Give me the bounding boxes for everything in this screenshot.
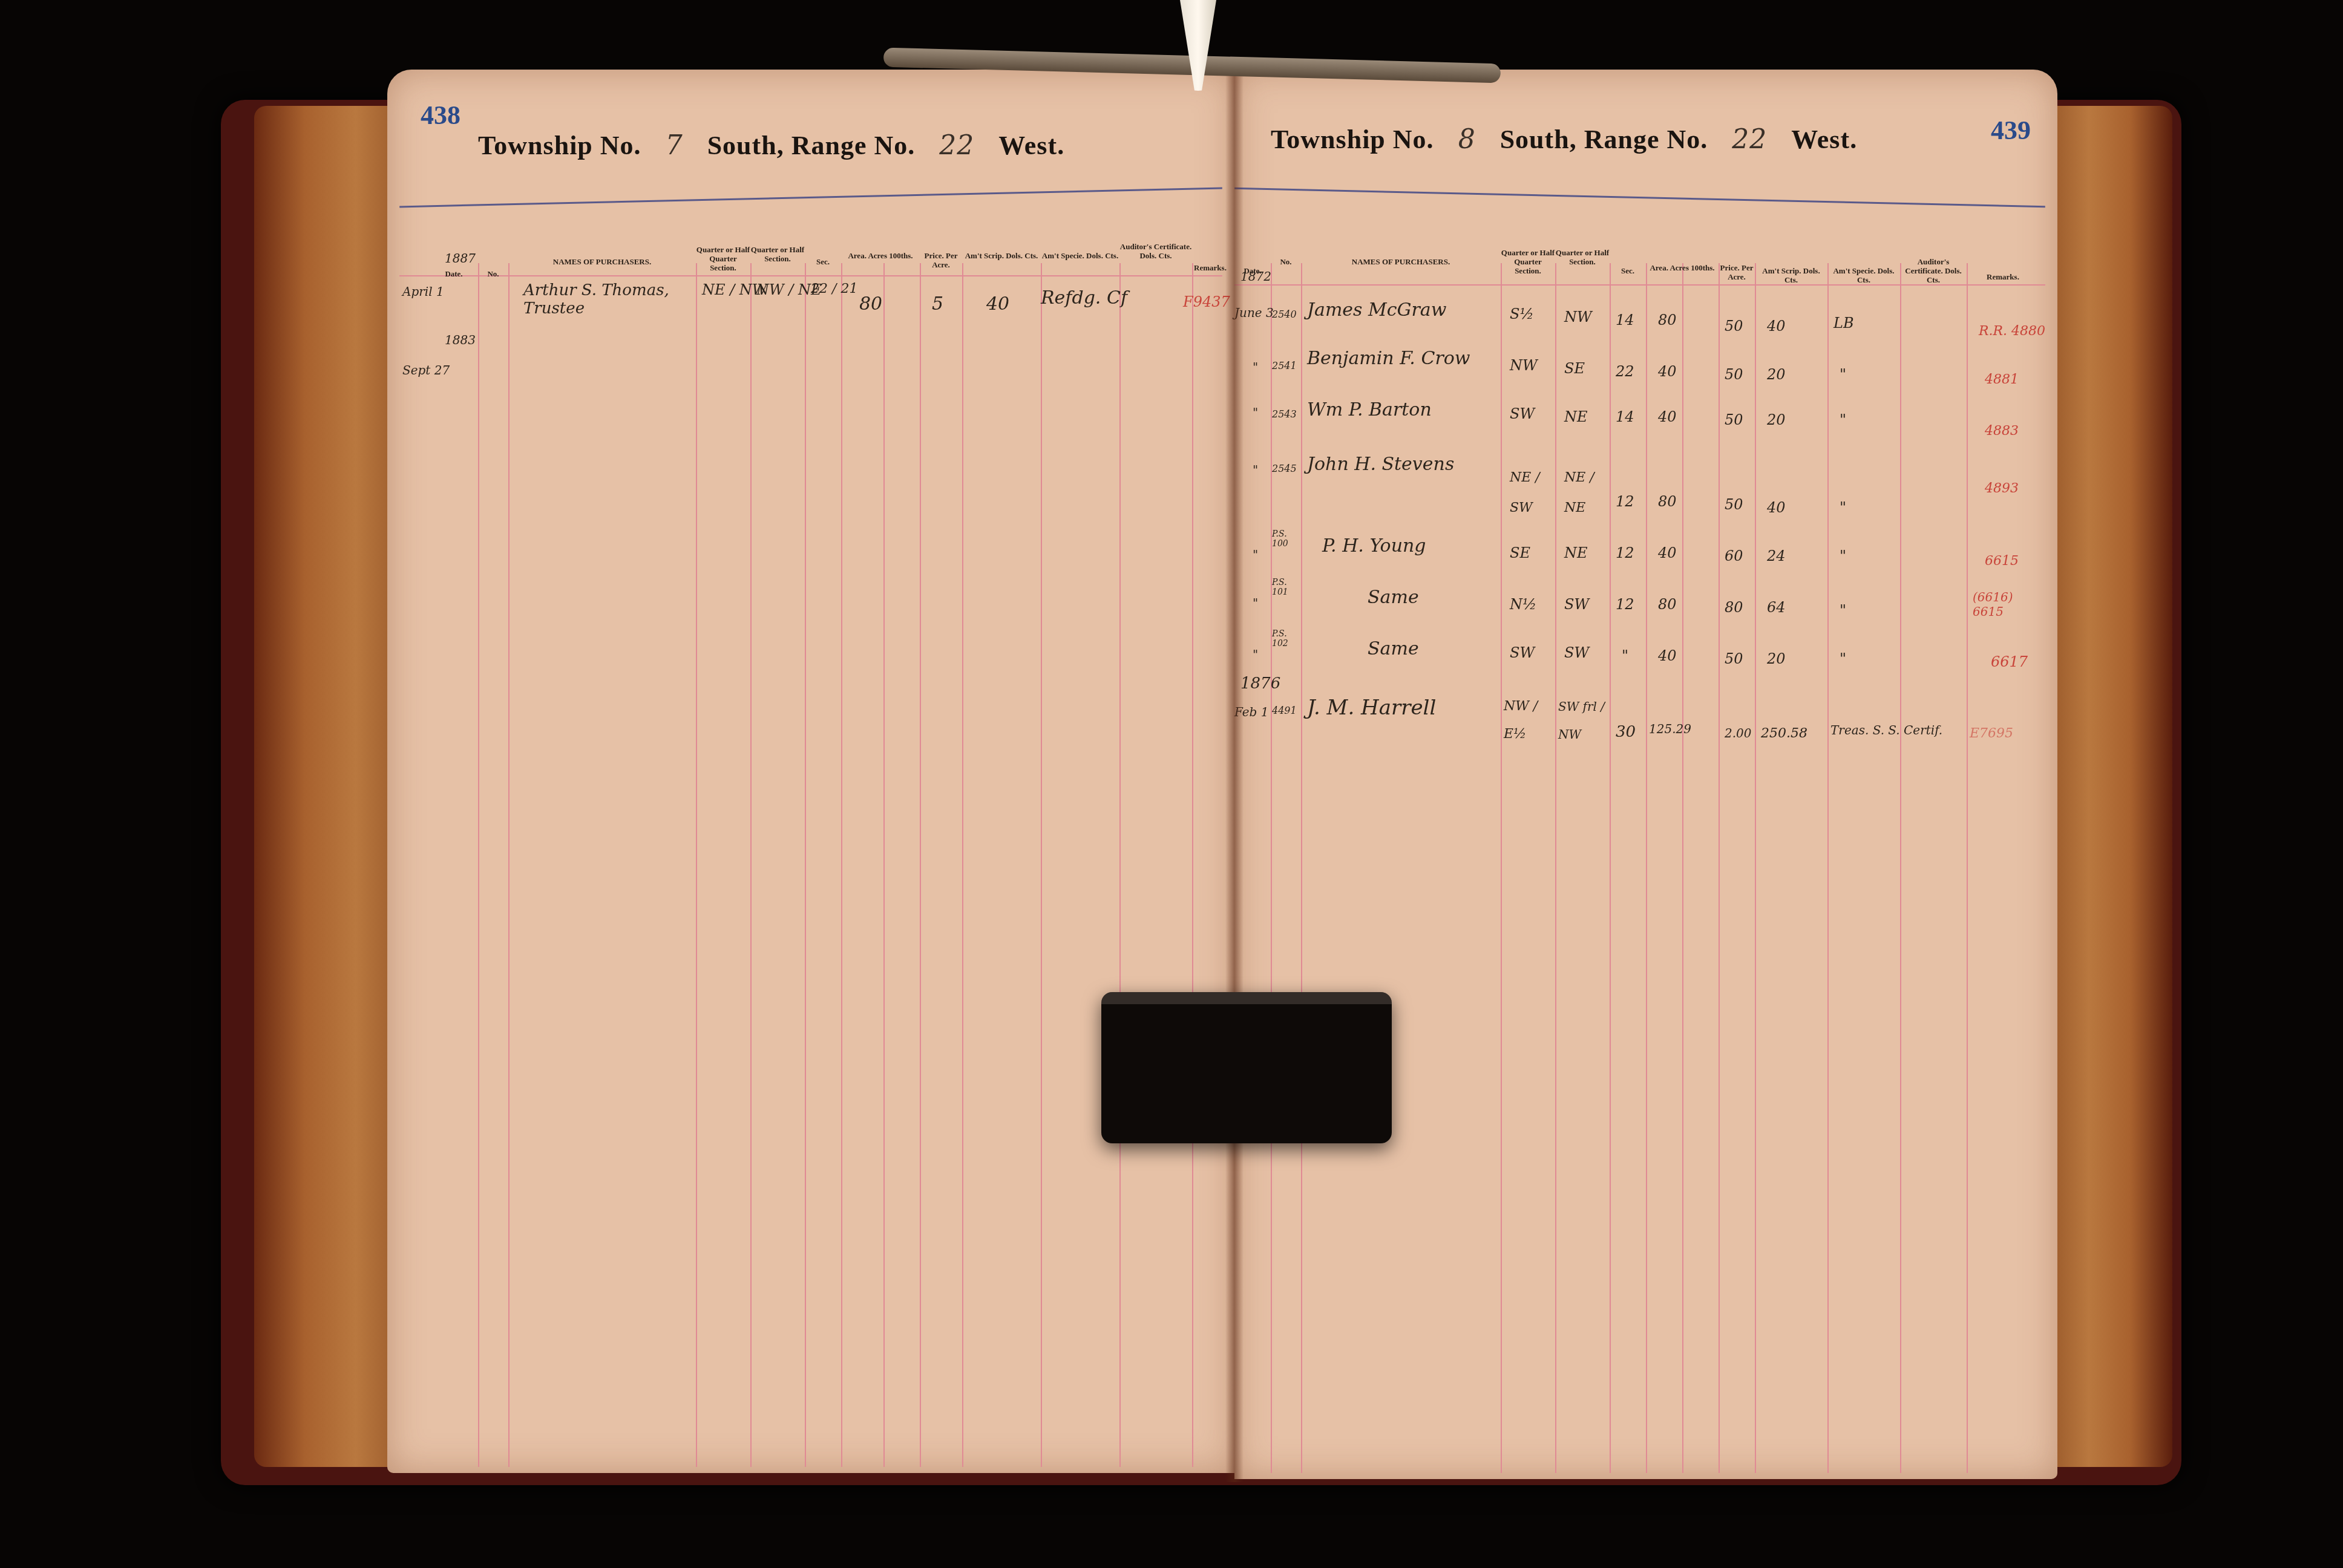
page-number: 438	[421, 100, 460, 131]
title-mid: South, Range No.	[1500, 125, 1708, 154]
column-rule	[1755, 263, 1756, 1473]
entry-area: 80	[1658, 312, 1677, 328]
book-weight	[1101, 992, 1392, 1143]
header-quarter-half: Quarter or Half Section.	[1555, 248, 1610, 266]
header-rule	[399, 275, 1222, 276]
page-number: 439	[1991, 115, 2031, 146]
entry-price: 60	[1725, 547, 1743, 564]
entry-price: 50	[1725, 650, 1743, 667]
entry-qhq: SW	[1510, 405, 1535, 422]
entry-scrip: 40	[1767, 499, 1786, 516]
entry-qh: SE	[1564, 360, 1585, 377]
header-scrip: Am't Scrip. Dols. Cts.	[962, 251, 1041, 260]
entry-no: 2543	[1272, 408, 1297, 420]
entry-name: Same	[1368, 638, 1419, 659]
entry-year: 1872	[1240, 269, 1271, 284]
column-rule	[1271, 263, 1272, 1473]
entry-name: Arthur S. Thomas, Trustee	[523, 281, 699, 318]
entry-name: Same	[1368, 587, 1419, 608]
entry-date: "	[1253, 405, 1258, 420]
entry-qh: NW	[1564, 309, 1592, 325]
entry-sec: 22 / 21	[811, 281, 857, 296]
entry-scrip: 40	[1767, 318, 1786, 335]
header-sec: Sec.	[805, 257, 841, 266]
entry-sec: 14	[1616, 312, 1634, 328]
entry-name: James McGraw	[1307, 299, 1446, 321]
entry-area: 125.29	[1649, 722, 1691, 736]
header-quarter-half-quarter: Quarter or Half Quarter Section.	[1501, 248, 1555, 275]
header-rule	[1234, 284, 2045, 286]
entry-scrip: 20	[1767, 366, 1786, 383]
entry-remark: 4883	[1985, 423, 2019, 439]
column-rule	[1192, 263, 1193, 1467]
header-date: Date.	[436, 269, 472, 278]
entry-area: 80	[1658, 493, 1677, 510]
page-title: Township No.8South, Range No.22West.	[1271, 124, 1857, 155]
entry-remark: (6616) 6615	[1973, 590, 2033, 619]
header-names: NAMES OF PURCHASERS.	[514, 257, 690, 266]
entry-area: 40	[1658, 544, 1677, 561]
entry-qhq: SW	[1510, 644, 1535, 661]
entry-date: "	[1253, 547, 1258, 562]
column-rule	[478, 263, 479, 1467]
entry-no: P.S. 100	[1272, 529, 1296, 549]
township-number: 8	[1458, 124, 1476, 155]
entry-scrip: 20	[1767, 650, 1786, 667]
entry-scrip: 250.58	[1761, 726, 1807, 741]
entry-specie: "	[1840, 547, 1846, 564]
entry-price: 5	[932, 293, 943, 315]
column-rule	[1719, 263, 1720, 1473]
entry-qhq: S½	[1510, 305, 1534, 322]
header-price: Price. Per Acre.	[920, 251, 962, 269]
entry-qhq: NE / SW	[1510, 463, 1552, 523]
entry-no: P.S. 102	[1272, 629, 1296, 648]
header-scrip: Am't Scrip. Dols. Cts.	[1755, 266, 1827, 284]
header-specie: Am't Specie. Dols. Cts.	[1827, 266, 1900, 284]
entry-remark: 4893	[1985, 481, 2019, 496]
entry-remark: R.R. 4880	[1979, 324, 2045, 339]
entry-year: 1876	[1240, 675, 1280, 693]
header-auditor: Auditor's Certificate. Dols. Cts.	[1119, 242, 1192, 260]
title-suffix: West.	[1791, 125, 1857, 154]
entry-sec: 14	[1616, 408, 1634, 425]
title-prefix: Township No.	[478, 131, 641, 160]
entry-name: John H. Stevens	[1307, 454, 1454, 475]
entry-qh: SW	[1564, 644, 1589, 661]
entry-area: 40	[1658, 647, 1677, 664]
header-remarks: Remarks.	[1192, 263, 1228, 272]
entry-area: 40	[1658, 363, 1677, 380]
entry-price: 80	[1725, 599, 1743, 616]
column-rule	[696, 263, 697, 1467]
entry-year: 1887	[445, 251, 476, 266]
entry-area: 80	[1658, 596, 1677, 613]
entry-specie: Refdg. Cf	[1041, 287, 1127, 309]
entry-price: 50	[1725, 496, 1743, 513]
column-rule	[841, 263, 842, 1467]
header-quarter-half: Quarter or Half Section.	[750, 245, 805, 263]
header-area: Area. Acres 100ths.	[841, 251, 920, 260]
entry-remark: F9437	[1183, 293, 1230, 310]
entry-date: "	[1253, 596, 1258, 610]
entry-scrip: 24	[1767, 547, 1786, 564]
entry-sec: 22	[1616, 363, 1634, 380]
column-rule	[750, 263, 752, 1467]
column-rule	[1646, 263, 1647, 1473]
entry-name: P. H. Young	[1322, 535, 1426, 557]
entry-name: J. M. Harrell	[1307, 696, 1436, 720]
entry-price: 2.00	[1725, 726, 1752, 740]
column-rule	[1827, 263, 1829, 1473]
entry-no: 4491	[1272, 705, 1297, 716]
entry-scrip: 40	[986, 293, 1009, 315]
entry-specie: "	[1840, 650, 1846, 667]
column-rule	[1682, 263, 1683, 1473]
entry-qh: SW frl / NW	[1558, 693, 1607, 748]
title-suffix: West.	[998, 131, 1064, 160]
entry-qhq: NW	[1510, 357, 1538, 374]
entry-no: P.S. 101	[1272, 578, 1296, 597]
entry-price: 50	[1725, 411, 1743, 428]
header-specie: Am't Specie. Dols. Cts.	[1041, 251, 1119, 260]
entry-sec: 12	[1616, 544, 1634, 561]
right-page: 439 Township No.8South, Range No.22West.…	[1234, 70, 2057, 1479]
entry-scrip: 20	[1767, 411, 1786, 428]
column-rule	[1301, 263, 1302, 1473]
entry-price: 50	[1725, 366, 1743, 383]
column-rule	[962, 263, 963, 1467]
header-auditor: Auditor's Certificate. Dols. Cts.	[1900, 257, 1967, 284]
divider	[1234, 188, 2045, 207]
entry-no: 2541	[1272, 360, 1297, 371]
entry-remark: 6615	[1985, 554, 2019, 569]
entry-sec: 12	[1616, 596, 1634, 613]
header-no: No.	[1271, 257, 1301, 266]
entry-qhq: SE	[1510, 544, 1530, 561]
entry-specie: "	[1840, 411, 1846, 428]
entry-specie: "	[1840, 366, 1846, 383]
range-number: 22	[939, 130, 974, 161]
title-mid: South, Range No.	[707, 131, 916, 160]
weight-highlight	[1101, 992, 1392, 1004]
column-rule	[1501, 263, 1502, 1473]
entry-date: "	[1253, 360, 1258, 374]
title-prefix: Township No.	[1271, 125, 1434, 154]
entry-date: Sept 27	[402, 363, 450, 377]
column-rule	[1967, 263, 1968, 1473]
page-title: Township No.7South, Range No.22West.	[478, 130, 1064, 161]
column-rule	[883, 263, 885, 1467]
entry-remark: 6617	[1991, 653, 2028, 670]
entry-specie: LB	[1833, 315, 1854, 332]
entry-qh: NE / NE	[1564, 463, 1607, 523]
column-rule	[1555, 263, 1556, 1473]
entry-remark: 4881	[1985, 372, 2019, 387]
entry-date: "	[1253, 647, 1258, 662]
entry-specie: "	[1840, 499, 1846, 516]
book-gutter	[1225, 67, 1244, 1482]
column-rule	[920, 263, 921, 1467]
header-price: Price. Per Acre.	[1719, 263, 1755, 281]
column-rule	[1041, 263, 1042, 1467]
header-names: NAMES OF PURCHASERS.	[1307, 257, 1495, 266]
entry-qh: NE	[1564, 408, 1588, 425]
entry-remark: E7695	[1970, 726, 2013, 741]
entry-price: 50	[1725, 318, 1743, 335]
entry-specie: Treas. S. S. Certif.	[1830, 723, 1942, 737]
column-rule	[1900, 263, 1901, 1473]
entry-area: 40	[1658, 408, 1677, 425]
header-area: Area. Acres 100ths.	[1646, 263, 1719, 272]
column-rule	[805, 263, 806, 1467]
entry-qhq: NW / E½	[1504, 693, 1552, 748]
entry-qhq: N½	[1510, 596, 1536, 613]
entry-specie: "	[1840, 602, 1846, 619]
header-sec: Sec.	[1610, 266, 1646, 275]
divider	[399, 188, 1222, 208]
entry-name: Benjamin F. Crow	[1307, 348, 1470, 369]
entry-sec: "	[1622, 647, 1628, 664]
range-number: 22	[1732, 124, 1767, 155]
header-no: No.	[478, 269, 508, 278]
column-rule	[508, 263, 510, 1467]
column-rule	[1119, 263, 1121, 1467]
entry-qh: SW	[1564, 596, 1589, 613]
entry-date: "	[1253, 463, 1258, 477]
entry-qh: NE	[1564, 544, 1588, 561]
entry-area: 80	[859, 293, 882, 315]
entry-year: 1883	[445, 333, 476, 347]
column-rule	[1610, 263, 1611, 1473]
entry-sec: 30	[1616, 723, 1636, 741]
entry-name: Wm P. Barton	[1307, 399, 1432, 420]
entry-sec: 12	[1616, 493, 1634, 510]
entry-no: 2540	[1272, 309, 1297, 320]
left-page: 438 Township No.7South, Range No.22West.…	[387, 70, 1234, 1473]
header-remarks: Remarks.	[1973, 272, 2033, 281]
township-number: 7	[666, 130, 683, 161]
entry-scrip: 64	[1767, 599, 1786, 616]
entry-date: April 1	[402, 284, 444, 299]
entry-no: 2545	[1272, 463, 1297, 474]
header-quarter-half-quarter: Quarter or Half Quarter Section.	[696, 245, 750, 272]
